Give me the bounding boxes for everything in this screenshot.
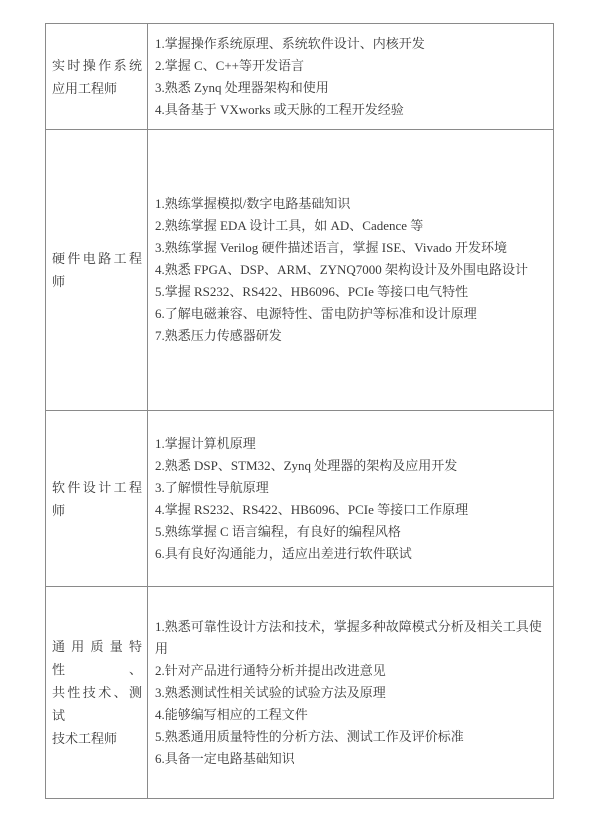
requirement-item: 7.熟悉压力传感器研发 bbox=[155, 325, 548, 347]
requirement-item: 3.了解惯性导航原理 bbox=[155, 477, 548, 499]
requirement-item: 1.掌握操作系统原理、系统软件设计、内核开发 bbox=[155, 33, 548, 55]
requirement-item: 5.掌握 RS232、RS422、HB6096、PCIe 等接口电气特性 bbox=[155, 281, 548, 303]
document-page: 实时操作系统应用工程师 1.掌握操作系统原理、系统软件设计、内核开发2.掌握 C… bbox=[0, 0, 600, 826]
job-title-line: 软件设计工程 bbox=[52, 476, 142, 499]
job-title-line: 应用工程师 bbox=[52, 77, 142, 100]
job-title-line: 通用质量特性、 bbox=[52, 635, 142, 681]
requirement-item: 3.熟悉 Zynq 处理器架构和使用 bbox=[155, 77, 548, 99]
table-row-rtos-engineer: 实时操作系统应用工程师 1.掌握操作系统原理、系统软件设计、内核开发2.掌握 C… bbox=[46, 24, 554, 130]
requirement-item: 1.掌握计算机原理 bbox=[155, 433, 548, 455]
job-title-line: 技术工程师 bbox=[52, 727, 142, 750]
table-row-software-engineer: 软件设计工程师 1.掌握计算机原理2.熟悉 DSP、STM32、Zynq 处理器… bbox=[46, 411, 554, 587]
job-title-line: 硬件电路工程 bbox=[52, 247, 142, 270]
requirement-item: 2.熟练掌握 EDA 设计工具，如 AD、Cadence 等 bbox=[155, 215, 548, 237]
requirement-item: 2.针对产品进行通特分析并提出改进意见 bbox=[155, 660, 548, 682]
job-requirements-cell: 1.掌握操作系统原理、系统软件设计、内核开发2.掌握 C、C++等开发语言3.熟… bbox=[148, 24, 554, 130]
job-requirements-cell: 1.熟练掌握模拟/数字电路基础知识2.熟练掌握 EDA 设计工具，如 AD、Ca… bbox=[148, 130, 554, 411]
requirement-item: 5.熟悉通用质量特性的分析方法、测试工作及评价标准 bbox=[155, 726, 548, 748]
requirement-item: 5.熟练掌握 C 语言编程，有良好的编程风格 bbox=[155, 521, 548, 543]
job-title-cell: 软件设计工程师 bbox=[46, 411, 148, 587]
job-title-line: 共性技术、测试 bbox=[52, 681, 142, 727]
job-title-line: 实时操作系统 bbox=[52, 54, 142, 77]
job-title-line: 师 bbox=[52, 499, 142, 522]
job-title-cell: 硬件电路工程师 bbox=[46, 130, 148, 411]
requirement-item: 1.熟练掌握模拟/数字电路基础知识 bbox=[155, 193, 548, 215]
requirement-item: 6.具有良好沟通能力，适应出差进行软件联试 bbox=[155, 543, 548, 565]
requirement-item: 3.熟练掌握 Verilog 硬件描述语言，掌握 ISE、Vivado 开发环境 bbox=[155, 237, 548, 259]
table-row-quality-test-engineer: 通用质量特性、共性技术、测试技术工程师 1.熟悉可靠性设计方法和技术，掌握多种故… bbox=[46, 587, 554, 799]
requirement-item: 2.熟悉 DSP、STM32、Zynq 处理器的架构及应用开发 bbox=[155, 455, 548, 477]
requirement-item: 3.熟悉测试性相关试验的试验方法及原理 bbox=[155, 682, 548, 704]
requirement-item: 2.掌握 C、C++等开发语言 bbox=[155, 55, 548, 77]
table-row-hardware-engineer: 硬件电路工程师 1.熟练掌握模拟/数字电路基础知识2.熟练掌握 EDA 设计工具… bbox=[46, 130, 554, 411]
requirement-item: 1.熟悉可靠性设计方法和技术，掌握多种故障模式分析及相关工具使用 bbox=[155, 616, 548, 660]
requirement-item: 4.熟悉 FPGA、DSP、ARM、ZYNQ7000 架构设计及外围电路设计 bbox=[155, 259, 548, 281]
job-title-cell: 通用质量特性、共性技术、测试技术工程师 bbox=[46, 587, 148, 799]
job-title-line: 师 bbox=[52, 270, 142, 293]
job-requirements-cell: 1.掌握计算机原理2.熟悉 DSP、STM32、Zynq 处理器的架构及应用开发… bbox=[148, 411, 554, 587]
requirement-item: 4.能够编写相应的工程文件 bbox=[155, 704, 548, 726]
job-title-cell: 实时操作系统应用工程师 bbox=[46, 24, 148, 130]
requirement-item: 4.具备基于 VXworks 或天脉的工程开发经验 bbox=[155, 99, 548, 121]
requirement-item: 6.了解电磁兼容、电源特性、雷电防护等标准和设计原理 bbox=[155, 303, 548, 325]
job-requirements-table: 实时操作系统应用工程师 1.掌握操作系统原理、系统软件设计、内核开发2.掌握 C… bbox=[45, 23, 554, 799]
job-requirements-cell: 1.熟悉可靠性设计方法和技术，掌握多种故障模式分析及相关工具使用2.针对产品进行… bbox=[148, 587, 554, 799]
requirement-item: 4.掌握 RS232、RS422、HB6096、PCIe 等接口工作原理 bbox=[155, 499, 548, 521]
requirement-item: 6.具备一定电路基础知识 bbox=[155, 748, 548, 770]
